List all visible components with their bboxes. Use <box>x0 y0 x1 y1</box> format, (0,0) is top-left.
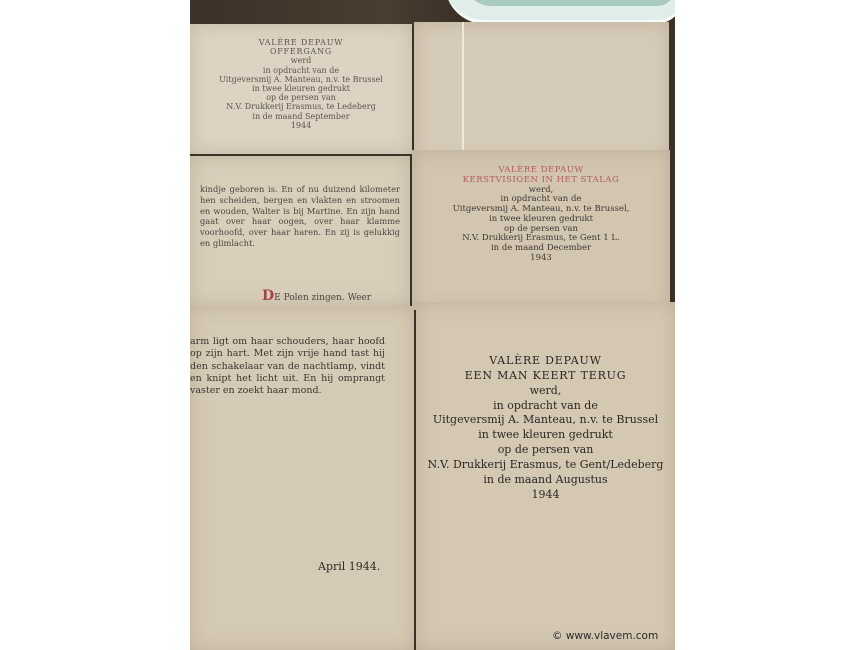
line: 1944 <box>190 121 412 130</box>
line: in de maand Augustus <box>416 473 675 488</box>
dropcap: D <box>262 288 274 304</box>
title: EEN MAN KEERT TERUG <box>416 369 675 384</box>
prose-page: kindje geboren is. En of nu duizend kilo… <box>190 156 410 306</box>
line: op de persen van <box>190 93 412 102</box>
line: N.V. Drukkerij Erasmus, te Gent/Ledeberg <box>416 458 675 473</box>
booklet-offergang: VALÈRE DEPAUW OFFERGANG werd in opdracht… <box>190 24 412 154</box>
line: in opdracht van de <box>190 66 412 75</box>
chapter-text: E Polen zingen. Weer <box>274 293 371 303</box>
prose-text: kindje geboren is. En of nu duizend kilo… <box>200 184 400 249</box>
line: Uitgeversmij A. Manteau, n.v. te Brussel <box>190 75 412 84</box>
colophon: VALÈRE DEPAUW EEN MAN KEERT TERUG werd, … <box>416 354 675 502</box>
prose-page-april: arm ligt om haar schouders, haar hoofd o… <box>190 306 414 650</box>
line: in de maand September <box>190 112 412 121</box>
title: OFFERGANG <box>190 47 412 56</box>
line: werd, <box>416 384 675 399</box>
colophon: VALÈRE DEPAUW OFFERGANG werd in opdracht… <box>190 38 412 130</box>
chapter-start: DE Polen zingen. Weer <box>262 288 371 304</box>
line: Uitgeversmij A. Manteau, n.v. te Brussel <box>416 413 675 428</box>
photo: VALÈRE DEPAUW OFFERGANG werd in opdracht… <box>190 0 675 650</box>
plate <box>445 0 675 24</box>
line: 1943 <box>412 254 670 264</box>
author: VALÈRE DEPAUW <box>416 354 675 369</box>
line: op de persen van <box>416 443 675 458</box>
author: VALÈRE DEPAUW <box>190 38 412 47</box>
colophon: VALÈRE DEPAUW KERSTVISIOEN IN HET STALAG… <box>412 166 670 264</box>
booklet-kerstvisioen: VALÈRE DEPAUW KERSTVISIOEN IN HET STALAG… <box>412 150 670 310</box>
line: werd <box>190 56 412 65</box>
date: April 1944. <box>318 560 380 573</box>
line: in twee kleuren gedrukt <box>190 84 412 93</box>
line: N.V. Drukkerij Erasmus, te Ledeberg <box>190 102 412 111</box>
line: 1944 <box>416 488 675 503</box>
blank-page <box>414 22 669 162</box>
line: in opdracht van de <box>416 399 675 414</box>
watermark: © www.vlavem.com <box>552 630 658 642</box>
booklet-een-man-keert-terug: VALÈRE DEPAUW EEN MAN KEERT TERUG werd, … <box>416 302 675 650</box>
prose-text: arm ligt om haar schouders, haar hoofd o… <box>190 336 385 398</box>
line: in twee kleuren gedrukt <box>416 428 675 443</box>
